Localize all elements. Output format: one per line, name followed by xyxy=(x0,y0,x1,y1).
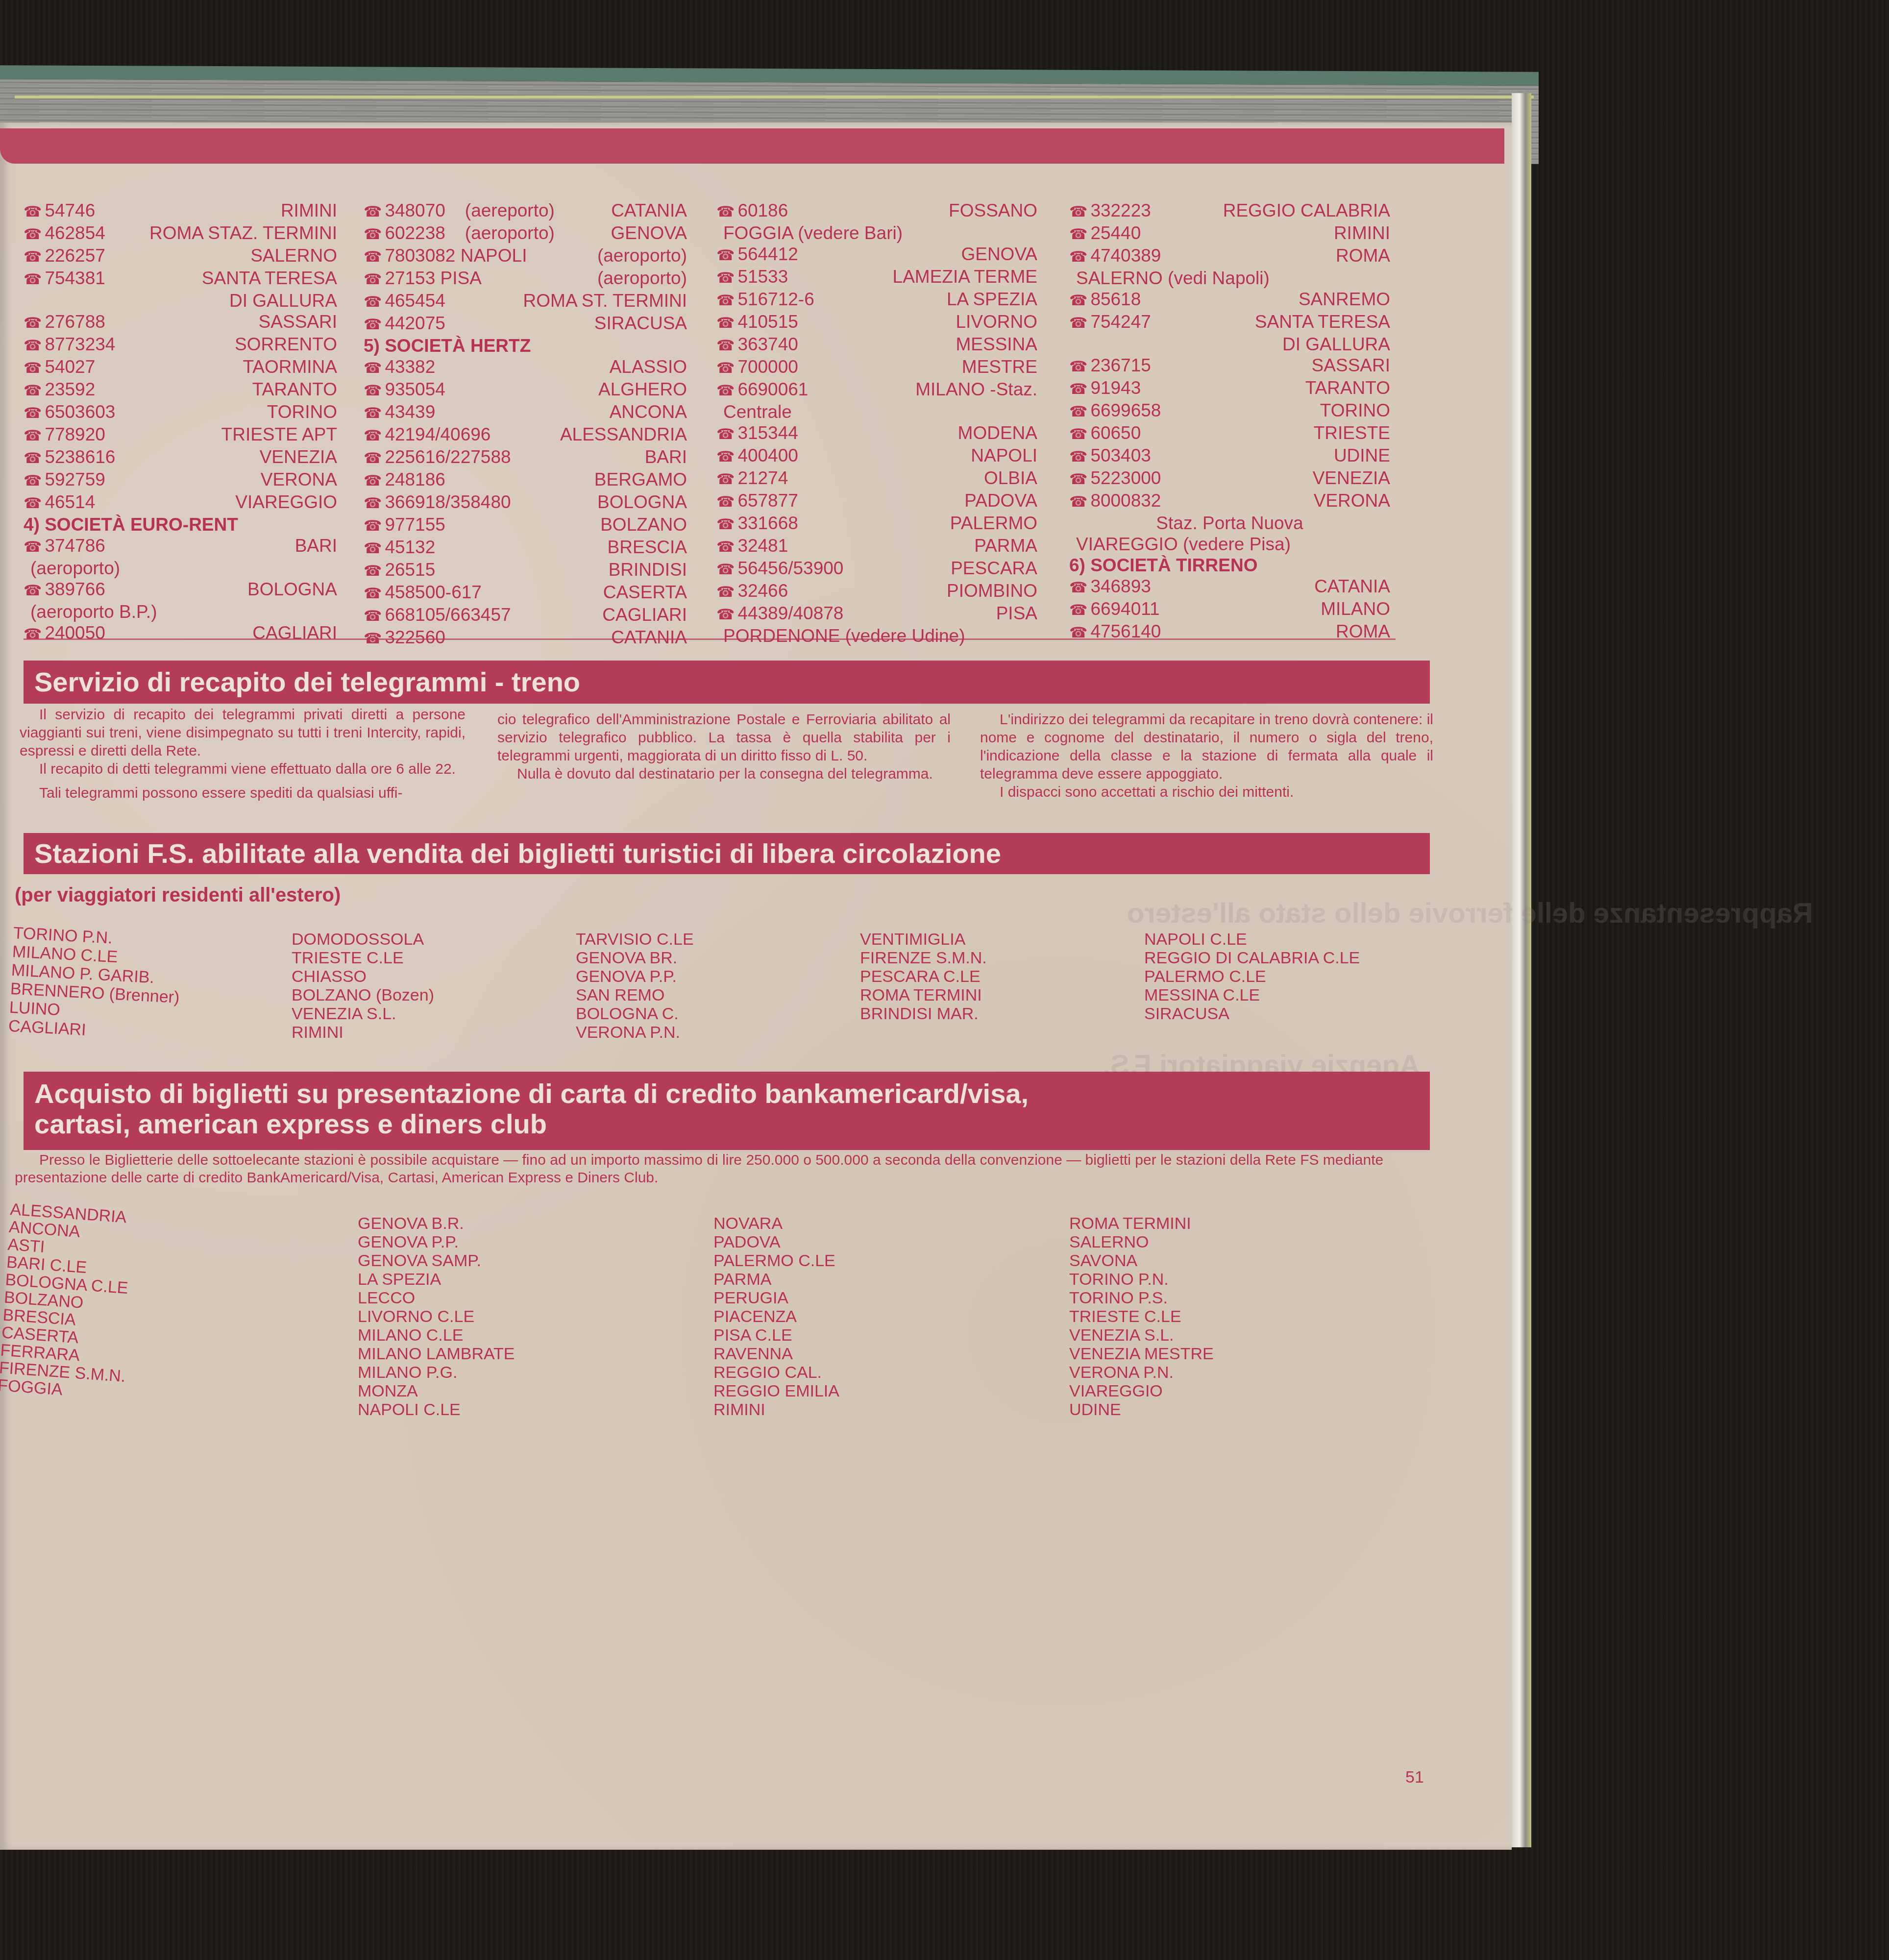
paragraph: I dispacci sono accettati a rischio dei … xyxy=(980,783,1433,801)
city-name: REGGIO CALABRIA xyxy=(1223,200,1390,222)
city-name: PADOVA xyxy=(964,490,1037,513)
city-name: MILANO -Staz. xyxy=(915,379,1037,401)
phone-number: 977155 xyxy=(364,514,445,537)
phone-number: 25440 xyxy=(1069,222,1141,245)
station-name: PALERMO C.LE xyxy=(713,1251,839,1270)
station-name: SIRACUSA xyxy=(1144,1004,1360,1023)
directory-entry: 60650TRIESTE xyxy=(1069,422,1390,445)
credit-station-list-4: ROMA TERMINISALERNOSAVONATORINO P.N.TORI… xyxy=(1069,1214,1214,1419)
directory-entry: 21274OLBIA xyxy=(716,467,1037,490)
location-note: (aeroporto) xyxy=(445,222,611,245)
station-name: PERUGIA xyxy=(713,1289,839,1307)
phone-number: 4740389 xyxy=(1069,245,1161,268)
phone-number: 60186 xyxy=(716,200,788,222)
title-line: Acquisto di biglietti su presentazione d… xyxy=(34,1078,1419,1109)
city-name: LIVORNO xyxy=(956,311,1037,334)
city-name: FOSSANO xyxy=(949,200,1037,222)
directory-entry: 935054ALGHERO xyxy=(364,379,687,401)
directory-entry: 4740389ROMA xyxy=(1069,245,1390,268)
city-name: ALASSIO xyxy=(610,356,687,379)
station-name: PESCARA C.LE xyxy=(860,967,987,986)
city-name: OLBIA xyxy=(984,467,1037,490)
directory-entry: 43439ANCONA xyxy=(364,401,687,424)
directory-column-4: 332223REGGIO CALABRIA25440RIMINI4740389R… xyxy=(1069,200,1390,643)
station-name: GENOVA P.P. xyxy=(358,1233,515,1251)
directory-entry: 248186BERGAMO xyxy=(364,469,687,491)
company-heading: 6) SOCIETÀ TIRRENO xyxy=(1069,555,1390,576)
phone-number: 6694011 xyxy=(1069,598,1160,621)
phone-number: 315344 xyxy=(716,422,798,445)
directory-entry: 516712-6LA SPEZIA xyxy=(716,289,1037,311)
station-name: BOLZANO (Bozen) xyxy=(292,986,434,1004)
directory-entry: 45132BRESCIA xyxy=(364,537,687,559)
city-name: PALERMO xyxy=(950,513,1037,535)
directory-entry: 5223000VENEZIA xyxy=(1069,467,1390,490)
phone-number: 778920 xyxy=(24,424,105,446)
paragraph: Presso le Biglietterie delle sottoelecan… xyxy=(15,1151,1426,1187)
location-note: (aereporto) xyxy=(445,200,611,222)
phone-number: 240050 xyxy=(24,622,105,645)
station-name: PISA C.LE xyxy=(713,1326,839,1345)
phone-number: 226257 xyxy=(24,245,105,268)
station-name: TARVISIO C.LE xyxy=(576,930,694,949)
tourist-station-list-4: VENTIMIGLIAFIRENZE S.M.N.PESCARA C.LEROM… xyxy=(860,930,987,1023)
city-name: CATANIA xyxy=(1314,576,1390,598)
phone-number: 374786 xyxy=(24,535,105,558)
station-name: PARMA xyxy=(713,1270,839,1289)
phone-number: 23592 xyxy=(24,379,95,401)
company-heading: 4) SOCIETÀ EURO-RENT xyxy=(24,514,337,535)
phone-number: 43382 xyxy=(364,356,435,379)
city-name: BARI xyxy=(295,535,337,558)
directory-note: (aeroporto) xyxy=(24,558,337,579)
city-name: VERONA xyxy=(1314,490,1390,513)
city-name: BOLOGNA xyxy=(597,491,687,514)
directory-entry: 465454ROMA ST. TERMINI xyxy=(364,290,687,313)
directory-entry: 668105/663457CAGLIARI xyxy=(364,604,687,627)
directory-note: (aeroporto B.P.) xyxy=(24,601,337,622)
station-name: FIRENZE S.M.N. xyxy=(860,949,987,967)
city-name: VIAREGGIO xyxy=(235,491,337,514)
station-name: VIAREGGIO xyxy=(1069,1382,1214,1400)
directory-entry: 602238(aeroporto)GENOVA xyxy=(364,222,687,245)
phone-number: 754247 xyxy=(1069,311,1151,334)
city-name: PARMA xyxy=(974,535,1037,558)
directory-entry: 977155BOLZANO xyxy=(364,514,687,537)
directory-entry: 54027TAORMINA xyxy=(24,356,337,379)
directory-entry: 8773234SORRENTO xyxy=(24,334,337,356)
city-name: SIRACUSA xyxy=(594,313,687,335)
directory-entry: 754381SANTA TERESA xyxy=(24,268,337,290)
directory-note: DI GALLURA xyxy=(24,290,337,311)
station-name: MILANO C.LE xyxy=(358,1326,515,1345)
directory-entry: 6690061MILANO -Staz. xyxy=(716,379,1037,401)
directory-entry: 348070(aereporto)CATANIA xyxy=(364,200,687,222)
directory-entry: 503403UDINE xyxy=(1069,445,1390,467)
phone-number: 56456/53900 xyxy=(716,558,843,580)
directory-entry: 657877PADOVA xyxy=(716,490,1037,513)
directory-entry: 226257SALERNO xyxy=(24,245,337,268)
station-name: VENEZIA S.L. xyxy=(1069,1326,1214,1345)
station-name: REGGIO DI CALABRIA C.LE xyxy=(1144,949,1360,967)
credit-station-list-3: NOVARAPADOVAPALERMO C.LEPARMAPERUGIAPIAC… xyxy=(713,1214,839,1419)
directory-entry: 32481PARMA xyxy=(716,535,1037,558)
top-color-band xyxy=(0,128,1504,164)
directory-entry: 43382ALASSIO xyxy=(364,356,687,379)
tourist-station-list-1: TORINO P.N.MILANO C.LEMILANO P. GARIB.BR… xyxy=(8,924,183,1044)
station-name: LA SPEZIA xyxy=(358,1270,515,1289)
phone-number: 754381 xyxy=(24,268,105,290)
phone-number: 54746 xyxy=(24,200,95,222)
city-name: SORRENTO xyxy=(235,334,337,356)
station-name: CHIASSO xyxy=(292,967,434,986)
phone-number: 54027 xyxy=(24,356,95,379)
directory-entry: 27153 PISA(aeroporto) xyxy=(364,268,687,290)
directory-entry: 5238616VENEZIA xyxy=(24,446,337,469)
station-name: VERONA P.N. xyxy=(576,1023,694,1042)
station-name: GENOVA P.P. xyxy=(576,967,694,986)
phone-number: 248186 xyxy=(364,469,445,491)
phone-number: 7803082 NAPOLI xyxy=(364,245,527,268)
station-name: RIMINI xyxy=(713,1400,839,1419)
directory-entry: 42194/40696ALESSANDRIA xyxy=(364,424,687,446)
phone-number: 26515 xyxy=(364,559,435,582)
directory-entry: 44389/40878PISA xyxy=(716,603,1037,625)
station-name: SAN REMO xyxy=(576,986,694,1004)
city-name: ROMA xyxy=(1336,621,1390,643)
directory-entry: 25440RIMINI xyxy=(1069,222,1390,245)
city-name: CATANIA xyxy=(611,200,687,222)
directory-entry: 754247SANTA TERESA xyxy=(1069,311,1390,334)
city-name: SANTA TERESA xyxy=(1255,311,1390,334)
directory-entry: 51533LAMEZIA TERME xyxy=(716,266,1037,289)
station-name: REGGIO CAL. xyxy=(713,1363,839,1382)
phone-number: 32466 xyxy=(716,580,788,603)
city-name: ANCONA xyxy=(610,401,687,424)
directory-entry: 315344MODENA xyxy=(716,422,1037,445)
section-subtitle: (per viaggiatori residenti all'estero) xyxy=(15,884,341,906)
section-divider xyxy=(24,638,1396,640)
directory-entry: 8000832VERONA xyxy=(1069,490,1390,513)
phone-number: 400400 xyxy=(716,445,798,467)
city-name: TRIESTE xyxy=(1314,422,1390,445)
directory-note: DI GALLURA xyxy=(1069,334,1390,355)
directory-entry: 363740MESSINA xyxy=(716,334,1037,356)
directory-entry: 225616/227588BARI xyxy=(364,446,687,469)
city-name: MESSINA xyxy=(956,334,1037,356)
directory-entry: 331668PALERMO xyxy=(716,513,1037,535)
city-name: SASSARI xyxy=(1312,355,1390,377)
phone-number: 27153 PISA xyxy=(364,268,482,290)
station-name: BRINDISI MAR. xyxy=(860,1004,987,1023)
phone-number: 462854 xyxy=(24,222,105,245)
phone-number: 85618 xyxy=(1069,289,1141,311)
city-name: ROMA xyxy=(1336,245,1390,268)
city-name: UDINE xyxy=(1334,445,1390,467)
directory-note: FOGGIA (vedere Bari) xyxy=(716,222,1037,244)
directory-entry: 32466PIOMBINO xyxy=(716,580,1037,603)
phone-number: 322560 xyxy=(364,627,445,649)
phone-number: 668105/663457 xyxy=(364,604,511,627)
city-name: CASERTA xyxy=(603,582,687,604)
station-name: VENEZIA MESTRE xyxy=(1069,1345,1214,1363)
directory-entry: 346893CATANIA xyxy=(1069,576,1390,598)
city-name: MILANO xyxy=(1321,598,1390,621)
city-name: LA SPEZIA xyxy=(947,289,1037,311)
telegram-text-col1: Il servizio di recapito dei telegrammi p… xyxy=(20,706,466,802)
station-name: DOMODOSSOLA xyxy=(292,930,434,949)
directory-column-2: 348070(aereporto)CATANIA602238(aeroporto… xyxy=(364,200,687,649)
city-name: ROMA STAZ. TERMINI xyxy=(149,222,337,245)
paragraph: Nulla è dovuto dal destinatario per la c… xyxy=(497,765,951,783)
city-name: SALERNO xyxy=(250,245,337,268)
city-name: BRINDISI xyxy=(609,559,687,582)
station-name: TRIESTE C.LE xyxy=(1069,1307,1214,1326)
directory-entry: 236715SASSARI xyxy=(1069,355,1390,377)
station-name: NAPOLI C.LE xyxy=(358,1400,515,1419)
directory-note: Staz. Porta Nuova xyxy=(1069,513,1390,534)
city-name: BARI xyxy=(645,446,687,469)
tourist-station-list-3: TARVISIO C.LEGENOVA BR.GENOVA P.P.SAN RE… xyxy=(576,930,694,1042)
phone-number: 6699658 xyxy=(1069,400,1161,422)
phone-number: 91943 xyxy=(1069,377,1141,400)
telegram-text-col2: cio telegrafico dell'Amministrazione Pos… xyxy=(497,710,951,783)
credit-station-list-2: GENOVA B.R.GENOVA P.P.GENOVA SAMP.LA SPE… xyxy=(358,1214,515,1419)
station-name: TORINO P.N. xyxy=(1069,1270,1214,1289)
directory-entry: 91943TARANTO xyxy=(1069,377,1390,400)
phone-number: 42194/40696 xyxy=(364,424,491,446)
station-name: ROMA TERMINI xyxy=(860,986,987,1004)
city-name: RIMINI xyxy=(281,200,337,222)
station-name: BOLOGNA C. xyxy=(576,1004,694,1023)
city-name: VERONA xyxy=(261,469,337,491)
city-name: NAPOLI xyxy=(971,445,1037,467)
city-name: TAORMINA xyxy=(243,356,337,379)
station-name: NOVARA xyxy=(713,1214,839,1233)
directory-entry: 23592TARANTO xyxy=(24,379,337,401)
directory-entry: 6503603TORINO xyxy=(24,401,337,424)
phone-number: 6503603 xyxy=(24,401,115,424)
directory-entry: 26515BRINDISI xyxy=(364,559,687,582)
city-name: ALGHERO xyxy=(598,379,687,401)
phone-number: 389766 xyxy=(24,579,105,601)
station-name: TRIESTE C.LE xyxy=(292,949,434,967)
station-name: RIMINI xyxy=(292,1023,434,1042)
directory-entry: 240050CAGLIARI xyxy=(24,622,337,645)
city-name: GENOVA xyxy=(961,244,1037,266)
city-name: CAGLIARI xyxy=(602,604,687,627)
station-name: MONZA xyxy=(358,1382,515,1400)
paragraph: Il recapito di detti telegrammi viene ef… xyxy=(20,760,466,778)
phone-number: 332223 xyxy=(1069,200,1151,222)
phone-number: 503403 xyxy=(1069,445,1151,467)
station-name: MESSINA C.LE xyxy=(1144,986,1360,1004)
station-name: REGGIO EMILIA xyxy=(713,1382,839,1400)
phone-number: 465454 xyxy=(364,290,445,313)
directory-entry: 6694011MILANO xyxy=(1069,598,1390,621)
phone-number: 236715 xyxy=(1069,355,1151,377)
station-name: LECCO xyxy=(358,1289,515,1307)
station-name: GENOVA SAMP. xyxy=(358,1251,515,1270)
city-name: CAGLIARI xyxy=(252,622,337,645)
directory-column-3: 60186FOSSANOFOGGIA (vedere Bari)564412GE… xyxy=(716,200,1037,646)
city-name: CATANIA xyxy=(611,627,687,649)
station-name: RAVENNA xyxy=(713,1345,839,1363)
directory-entry: 322560CATANIA xyxy=(364,627,687,649)
phone-number: 564412 xyxy=(716,244,798,266)
directory-entry: 400400NAPOLI xyxy=(716,445,1037,467)
phone-number: 8000832 xyxy=(1069,490,1161,513)
station-name: PIACENZA xyxy=(713,1307,839,1326)
directory-entry: 332223REGGIO CALABRIA xyxy=(1069,200,1390,222)
directory-entry: 462854ROMA STAZ. TERMINI xyxy=(24,222,337,245)
telegram-text-col3: L'indirizzo dei telegrammi da recapitare… xyxy=(980,710,1433,801)
directory-entry: 6699658TORINO xyxy=(1069,400,1390,422)
city-name: SASSARI xyxy=(259,311,337,334)
station-name: SALERNO xyxy=(1069,1233,1214,1251)
book-right-edge xyxy=(1512,93,1531,1847)
directory-entry: 46514VIAREGGIO xyxy=(24,491,337,514)
city-name: LAMEZIA TERME xyxy=(893,266,1037,289)
section-title-credit-cards: Acquisto di biglietti su presentazione d… xyxy=(24,1072,1430,1150)
city-name: TORINO xyxy=(267,401,337,424)
city-name: PISA xyxy=(996,603,1037,625)
tourist-station-list-2: DOMODOSSOLATRIESTE C.LECHIASSOBOLZANO (B… xyxy=(292,930,434,1042)
phone-number: 442075 xyxy=(364,313,445,335)
phone-number: 51533 xyxy=(716,266,788,289)
station-name: SAVONA xyxy=(1069,1251,1214,1270)
city-name: ALESSANDRIA xyxy=(560,424,687,446)
phone-number: 348070 xyxy=(364,200,445,222)
directory-entry: 60186FOSSANO xyxy=(716,200,1037,222)
phone-number: 346893 xyxy=(1069,576,1151,598)
station-name: GENOVA B.R. xyxy=(358,1214,515,1233)
city-name: (aeroporto) xyxy=(597,245,687,268)
phone-number: 60650 xyxy=(1069,422,1141,445)
phone-number: 410515 xyxy=(716,311,798,334)
directory-entry: 778920TRIESTE APT xyxy=(24,424,337,446)
phone-number: 331668 xyxy=(716,513,798,535)
phone-number: 700000 xyxy=(716,356,798,379)
directory-entry: 410515LIVORNO xyxy=(716,311,1037,334)
phone-number: 276788 xyxy=(24,311,105,334)
show-through-text: Rappresentanze delle ferrovie dello stat… xyxy=(1127,897,1813,930)
phone-number: 5238616 xyxy=(24,446,115,469)
directory-entry: 85618SANREMO xyxy=(1069,289,1390,311)
phone-number: 4756140 xyxy=(1069,621,1161,643)
city-name: VENEZIA xyxy=(1313,467,1390,490)
station-name: VERONA P.N. xyxy=(1069,1363,1214,1382)
directory-entry: 700000MESTRE xyxy=(716,356,1037,379)
company-heading: 5) SOCIETÀ HERTZ xyxy=(364,335,687,356)
phone-number: 657877 xyxy=(716,490,798,513)
station-name: PALERMO C.LE xyxy=(1144,967,1360,986)
station-name: PADOVA xyxy=(713,1233,839,1251)
directory-entry: 564412GENOVA xyxy=(716,244,1037,266)
title-line: cartasi, american express e diners club xyxy=(34,1109,1419,1139)
phone-number: 46514 xyxy=(24,491,95,514)
phone-number: 5223000 xyxy=(1069,467,1161,490)
phone-number: 366918/358480 xyxy=(364,491,511,514)
directory-entry: 4756140ROMA xyxy=(1069,621,1390,643)
credit-station-list-1: ALESSANDRIAANCONAASTIBARI C.LEBOLOGNA C.… xyxy=(0,1200,137,1403)
city-name: BRESCIA xyxy=(608,537,687,559)
section-title-telegrams: Servizio di recapito dei telegrammi - tr… xyxy=(24,661,1430,704)
phone-number: 592759 xyxy=(24,469,105,491)
station-name: UDINE xyxy=(1069,1400,1214,1419)
phone-number: 32481 xyxy=(716,535,788,558)
page-edge-highlight xyxy=(15,96,1534,98)
paragraph: Il servizio di recapito dei telegrammi p… xyxy=(20,706,466,760)
station-name: ROMA TERMINI xyxy=(1069,1214,1214,1233)
city-name: ROMA ST. TERMINI xyxy=(523,290,687,313)
city-name: BOLOGNA xyxy=(247,579,337,601)
station-name: GENOVA BR. xyxy=(576,949,694,967)
phone-number: 45132 xyxy=(364,537,435,559)
directory-entry: 54746RIMINI xyxy=(24,200,337,222)
city-name: SANTA TERESA xyxy=(202,268,337,290)
section-title-tourist-tickets: Stazioni F.S. abilitate alla vendita dei… xyxy=(24,833,1430,874)
directory-entry: 442075SIRACUSA xyxy=(364,313,687,335)
city-name: TORINO xyxy=(1320,400,1390,422)
city-name: VENEZIA xyxy=(260,446,337,469)
directory-note: SALERNO (vedi Napoli) xyxy=(1069,268,1390,289)
directory-entry: 374786BARI xyxy=(24,535,337,558)
city-name: BOLZANO xyxy=(600,514,687,537)
paragraph: L'indirizzo dei telegrammi da recapitare… xyxy=(980,710,1433,783)
directory-entry: 592759VERONA xyxy=(24,469,337,491)
station-name: NAPOLI C.LE xyxy=(1144,930,1360,949)
station-name: MILANO LAMBRATE xyxy=(358,1345,515,1363)
credit-intro: Presso le Biglietterie delle sottoelecan… xyxy=(15,1151,1426,1187)
directory-note: VIAREGGIO (vedere Pisa) xyxy=(1069,534,1390,555)
phone-number: 44389/40878 xyxy=(716,603,843,625)
city-name: PESCARA xyxy=(951,558,1037,580)
city-name: RIMINI xyxy=(1334,222,1390,245)
city-name: GENOVA xyxy=(611,222,687,245)
city-name: TARANTO xyxy=(252,379,337,401)
station-name: VENTIMIGLIA xyxy=(860,930,987,949)
city-name: SANREMO xyxy=(1299,289,1390,311)
station-name: MILANO P.G. xyxy=(358,1363,515,1382)
city-name: TARANTO xyxy=(1305,377,1390,400)
phone-number: 602238 xyxy=(364,222,445,245)
phone-number: 8773234 xyxy=(24,334,115,356)
phone-number: 43439 xyxy=(364,401,435,424)
directory-note: PORDENONE (vedere Udine) xyxy=(716,625,1037,646)
directory-column-1: 54746RIMINI462854ROMA STAZ. TERMINI22625… xyxy=(24,200,337,645)
directory-entry: 56456/53900PESCARA xyxy=(716,558,1037,580)
phone-number: 935054 xyxy=(364,379,445,401)
paragraph: Tali telegrammi possono essere spediti d… xyxy=(20,784,466,802)
directory-entry: 276788SASSARI xyxy=(24,311,337,334)
directory-entry: 366918/358480BOLOGNA xyxy=(364,491,687,514)
city-name: PIOMBINO xyxy=(947,580,1037,603)
station-name: TORINO P.S. xyxy=(1069,1289,1214,1307)
page-number: 51 xyxy=(1405,1768,1424,1787)
city-name: (aeroporto) xyxy=(597,268,687,290)
city-name: BERGAMO xyxy=(594,469,687,491)
directory-note: Centrale xyxy=(716,401,1037,422)
phone-number: 225616/227588 xyxy=(364,446,511,469)
city-name: MODENA xyxy=(958,422,1037,445)
directory-entry: 458500-617CASERTA xyxy=(364,582,687,604)
tourist-station-list-5: NAPOLI C.LEREGGIO DI CALABRIA C.LEPALERM… xyxy=(1144,930,1360,1023)
city-name: MESTRE xyxy=(962,356,1037,379)
phone-number: 21274 xyxy=(716,467,788,490)
directory-entry: 7803082 NAPOLI(aeroporto) xyxy=(364,245,687,268)
phone-number: 6690061 xyxy=(716,379,808,401)
